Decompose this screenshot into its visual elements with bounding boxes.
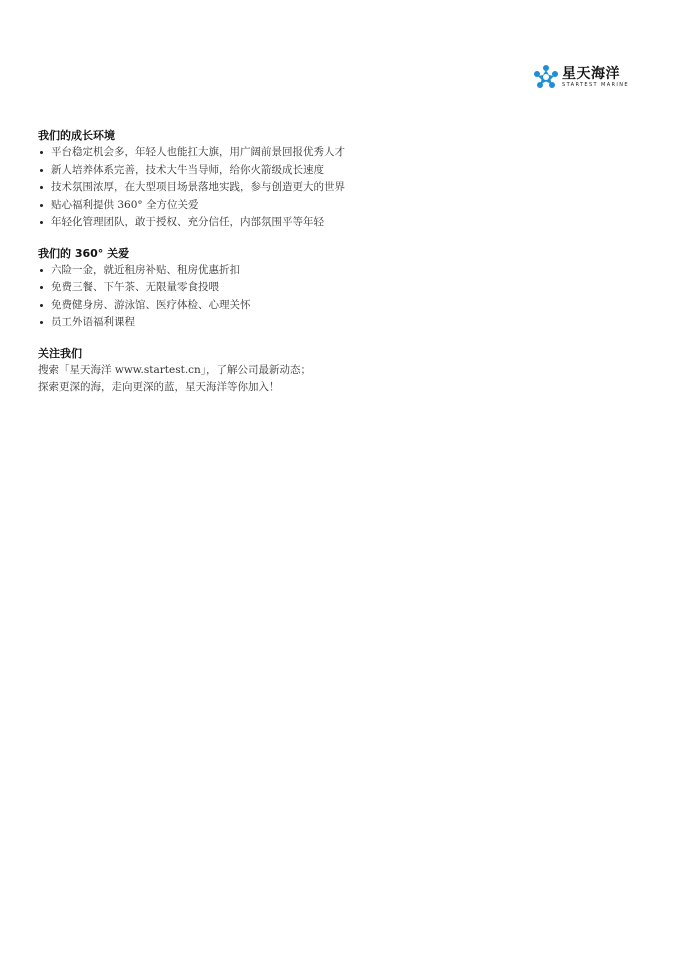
bullet-list: 平台稳定机会多，年轻人也能扛大旗，用广阔前景回报优秀人才 新人培养体系完善，技术… <box>38 144 638 232</box>
company-logo: 星天海洋 STARTEST MARINE <box>533 64 629 90</box>
bullet-icon <box>40 151 43 154</box>
list-item-text: 免费健身房、游泳馆、医疗体检、心理关怀 <box>51 297 251 315</box>
section-growth-environment: 我们的成长环境 平台稳定机会多，年轻人也能扛大旗，用广阔前景回报优秀人才 新人培… <box>38 128 638 232</box>
section-360-care: 我们的 360° 关爱 六险一金，就近租房补贴、租房优惠折扣 免费三餐、下午茶、… <box>38 246 638 332</box>
bullet-icon <box>40 269 43 272</box>
list-item-text: 免费三餐、下午茶、无限量零食投喂 <box>51 279 219 297</box>
bullet-icon <box>40 169 43 172</box>
bullet-list: 六险一金，就近租房补贴、租房优惠折扣 免费三餐、下午茶、无限量零食投喂 免费健身… <box>38 262 638 332</box>
section-follow-us: 关注我们 搜索「星天海洋 www.startest.cn」，了解公司最新动态； … <box>38 346 638 397</box>
list-item: 员工外语福利课程 <box>38 314 638 332</box>
list-item-text: 新人培养体系完善，技术大牛当导师，给你火箭级成长速度 <box>51 162 324 180</box>
follow-us-slogan: 探索更深的海，走向更深的蓝，星天海洋等你加入！ <box>38 379 638 397</box>
logo-name-en: STARTEST MARINE <box>562 83 629 88</box>
startest-marine-logo-icon <box>533 64 559 90</box>
list-item: 技术氛围浓厚，在大型项目场景落地实践，参与创造更大的世界 <box>38 179 638 197</box>
list-item: 免费健身房、游泳馆、医疗体检、心理关怀 <box>38 297 638 315</box>
list-item: 六险一金，就近租房补贴、租房优惠折扣 <box>38 262 638 280</box>
bullet-icon <box>40 186 43 189</box>
list-item: 免费三餐、下午茶、无限量零食投喂 <box>38 279 638 297</box>
list-item: 新人培养体系完善，技术大牛当导师，给你火箭级成长速度 <box>38 162 638 180</box>
document-body: 我们的成长环境 平台稳定机会多，年轻人也能扛大旗，用广阔前景回报优秀人才 新人培… <box>38 128 638 411</box>
section-title: 我们的 360° 关爱 <box>38 246 638 262</box>
section-title: 我们的成长环境 <box>38 128 638 144</box>
list-item-text: 六险一金，就近租房补贴、租房优惠折扣 <box>51 262 240 280</box>
follow-us-search-text: 搜索「星天海洋 www.startest.cn」，了解公司最新动态； <box>38 362 638 380</box>
list-item-text: 员工外语福利课程 <box>51 314 135 332</box>
list-item: 平台稳定机会多，年轻人也能扛大旗，用广阔前景回报优秀人才 <box>38 144 638 162</box>
bullet-icon <box>40 221 43 224</box>
bullet-icon <box>40 204 43 207</box>
list-item-text: 贴心福利提供 360° 全方位关爱 <box>51 197 198 215</box>
section-title: 关注我们 <box>38 346 638 362</box>
list-item-text: 平台稳定机会多，年轻人也能扛大旗，用广阔前景回报优秀人才 <box>51 144 345 162</box>
list-item: 贴心福利提供 360° 全方位关爱 <box>38 197 638 215</box>
list-item-text: 技术氛围浓厚，在大型项目场景落地实践，参与创造更大的世界 <box>51 179 345 197</box>
logo-name-cn: 星天海洋 <box>562 67 629 81</box>
bullet-icon <box>40 286 43 289</box>
bullet-icon <box>40 304 43 307</box>
list-item: 年轻化管理团队，敢于授权、充分信任，内部氛围平等年轻 <box>38 214 638 232</box>
bullet-icon <box>40 321 43 324</box>
list-item-text: 年轻化管理团队，敢于授权、充分信任，内部氛围平等年轻 <box>51 214 324 232</box>
